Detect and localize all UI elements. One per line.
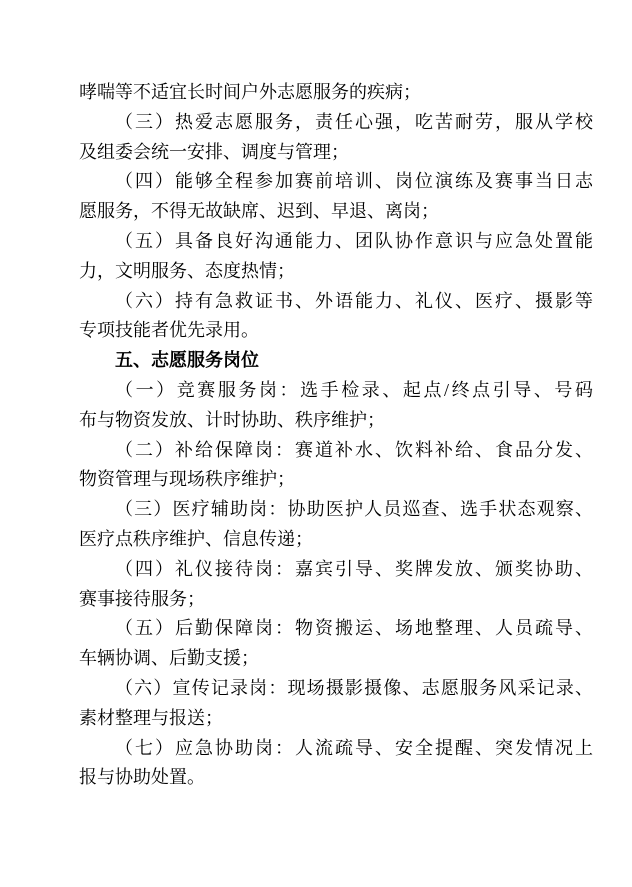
text-line: （六）持有急救证书、外语能力、礼仪、医疗、摄影等 <box>79 287 593 317</box>
document-page: 哮喘等不适宜长时间户外志愿服务的疾病；（三）热爱志愿服务，责任心强，吃苦耐劳，服… <box>0 0 632 887</box>
text-line: （四）能够全程参加赛前培训、岗位演练及赛事当日志 <box>79 167 593 197</box>
text-line: 力，文明服务、态度热情； <box>79 257 593 287</box>
text-line: 布与物资发放、计时协助、秩序维护； <box>79 406 593 436</box>
text-line: 车辆协调、后勤支援； <box>79 644 593 674</box>
text-line: 物资管理与现场秩序维护； <box>79 465 593 495</box>
text-line: （二）补给保障岗：赛道补水、饮料补给、食品分发、 <box>79 436 593 466</box>
document-body: 哮喘等不适宜长时间户外志愿服务的疾病；（三）热爱志愿服务，责任心强，吃苦耐劳，服… <box>79 78 593 793</box>
text-line: （六）宣传记录岗：现场摄影摄像、志愿服务风采记录、 <box>79 674 593 704</box>
text-line: （三）医疗辅助岗：协助医护人员巡查、选手状态观察、 <box>79 495 593 525</box>
text-line: 赛事接待服务； <box>79 585 593 615</box>
text-line: 报与协助处置。 <box>79 763 593 793</box>
text-line: 哮喘等不适宜长时间户外志愿服务的疾病； <box>79 78 593 108</box>
text-line: （五）具备良好沟通能力、团队协作意识与应急处置能 <box>79 227 593 257</box>
text-line: 愿服务，不得无故缺席、迟到、早退、离岗； <box>79 197 593 227</box>
text-line: 医疗点秩序维护、信息传递； <box>79 525 593 555</box>
text-line: 素材整理与报送； <box>79 704 593 734</box>
text-line: 专项技能者优先录用。 <box>79 316 593 346</box>
text-line: （一）竞赛服务岗：选手检录、起点/终点引导、号码 <box>79 376 593 406</box>
section-heading: 五、志愿服务岗位 <box>79 346 593 376</box>
text-line: （四）礼仪接待岗：嘉宾引导、奖牌发放、颁奖协助、 <box>79 555 593 585</box>
text-line: （三）热爱志愿服务，责任心强，吃苦耐劳，服从学校 <box>79 108 593 138</box>
text-line: （七）应急协助岗：人流疏导、安全提醒、突发情况上 <box>79 734 593 764</box>
text-line: 及组委会统一安排、调度与管理； <box>79 138 593 168</box>
text-line: （五）后勤保障岗：物资搬运、场地整理、人员疏导、 <box>79 614 593 644</box>
